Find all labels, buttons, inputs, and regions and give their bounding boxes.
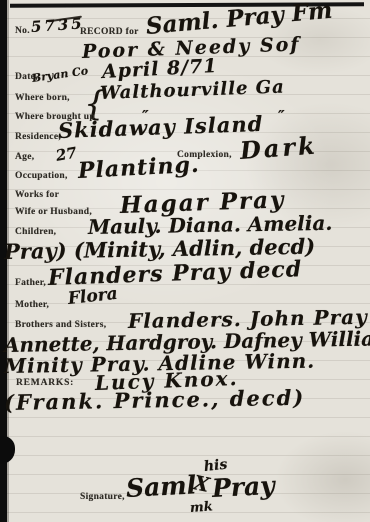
record-for-label: RECORD for <box>80 27 139 37</box>
remarks-value-line2: (Frank. Prince., decd) <box>4 385 306 415</box>
occupation-value: Planting. <box>77 152 200 184</box>
where-born-label: Where born, <box>15 93 70 103</box>
mother-value: Flora <box>67 284 119 309</box>
record-document-page: No. 5735 RECORD for Saml. Pray Fm Poor &… <box>0 0 370 522</box>
signature-mark-note: mk <box>189 499 213 516</box>
date-county-note: Bryan Co <box>31 64 89 85</box>
mother-label: Mother, <box>15 300 49 310</box>
record-no-label: No. <box>15 26 30 36</box>
signature-x-mark: X <box>192 470 212 497</box>
remarks-label: REMARKS: <box>16 378 74 388</box>
residence-label: Residence, <box>15 132 61 142</box>
complexion-value: Dark <box>239 131 318 165</box>
father-label: Father, <box>15 278 46 288</box>
siblings-label: Brothers and Sisters, <box>15 320 106 330</box>
ink-blot <box>0 436 15 464</box>
spouse-label: Wife or Husband, <box>15 207 92 217</box>
signature-label: Signature, <box>80 492 125 502</box>
age-label: Age, <box>15 152 34 162</box>
age-value: 27 <box>54 144 78 165</box>
signature-last-name: Pray <box>211 471 275 503</box>
works-for-label: Works for <box>15 190 59 200</box>
children-label: Children, <box>15 227 56 237</box>
occupation-label: Occupation, <box>15 171 68 181</box>
ditto-mark-2: ″ <box>278 107 285 125</box>
signature-first-name: Saml <box>125 470 197 503</box>
